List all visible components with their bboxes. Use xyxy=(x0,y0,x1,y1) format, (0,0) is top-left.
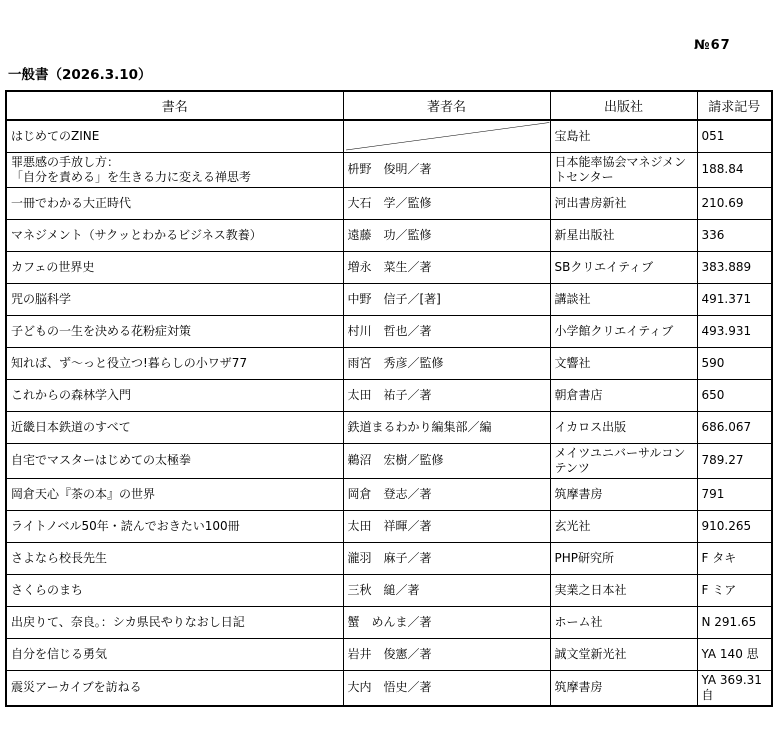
cell-publisher: 朝倉書店 xyxy=(550,379,697,411)
author-text: 雨宮 秀彦／監修 xyxy=(348,356,444,370)
table-row: 一冊でわかる大正時代 大石 学／監修 河出書房新社 210.69 xyxy=(6,187,772,219)
book-list-table: 書名 著者名 出版社 請求記号 はじめてのZINE 宝島社 051 罪悪感の手放… xyxy=(5,90,773,707)
cell-call-number: 383.889 xyxy=(697,251,772,283)
author-text: 鵜沼 宏樹／監修 xyxy=(348,453,444,467)
author-text: 太田 祐子／著 xyxy=(348,388,432,402)
author-text: 大石 学／監修 xyxy=(348,196,432,210)
cell-publisher: メイツユニバーサルコンテンツ xyxy=(550,443,697,478)
document-page: №67 一般書（2026.3.10） 書名 著者名 出版社 請求記号 はじめての… xyxy=(0,0,776,729)
cell-title: これからの森林学入門 xyxy=(6,379,343,411)
cell-author: 蟹 めんま／著 xyxy=(343,606,550,638)
author-text: 岩井 俊憲／著 xyxy=(348,647,432,661)
cell-call-number: 336 xyxy=(697,219,772,251)
cell-author: 太田 祐子／著 xyxy=(343,379,550,411)
cell-author: 大石 学／監修 xyxy=(343,187,550,219)
table-row: これからの森林学入門 太田 祐子／著 朝倉書店 650 xyxy=(6,379,772,411)
cell-title: さくらのまち xyxy=(6,574,343,606)
cell-publisher: ホーム社 xyxy=(550,606,697,638)
cell-author: 岩井 俊憲／著 xyxy=(343,638,550,670)
author-text: 遠藤 功／監修 xyxy=(348,228,432,242)
cell-title: カフェの世界史 xyxy=(6,251,343,283)
table-row: ライトノベル50年・読んでおきたい100冊 太田 祥暉／著 玄光社 910.26… xyxy=(6,510,772,542)
col-header-title: 書名 xyxy=(6,91,343,120)
author-text: 中野 信子／[著] xyxy=(348,292,441,306)
cell-author: 中野 信子／[著] xyxy=(343,283,550,315)
table-header: 書名 著者名 出版社 請求記号 xyxy=(6,91,772,120)
table-row: 子どもの一生を決める花粉症対策 村川 哲也／著 小学館クリエイティブ 493.9… xyxy=(6,315,772,347)
author-text: 増永 菜生／著 xyxy=(348,260,432,274)
cell-call-number: 789.27 xyxy=(697,443,772,478)
cell-title: 岡倉天心『茶の本』の世界 xyxy=(6,478,343,510)
table-row: さよなら校長先生 瀧羽 麻子／著 PHP研究所 F タキ xyxy=(6,542,772,574)
author-text: 太田 祥暉／著 xyxy=(348,519,432,533)
cell-title: ライトノベル50年・読んでおきたい100冊 xyxy=(6,510,343,542)
cell-author xyxy=(343,120,550,152)
table-row: カフェの世界史 増永 菜生／著 SBクリエイティブ 383.889 xyxy=(6,251,772,283)
cell-title: 子どもの一生を決める花粉症対策 xyxy=(6,315,343,347)
doc-number-label: №67 xyxy=(694,38,731,53)
cell-call-number: 188.84 xyxy=(697,152,772,187)
author-text: 蟹 めんま／著 xyxy=(348,615,432,629)
cell-title: 罪悪感の手放し方： 「自分を責める」を生きる力に変える禅思考 xyxy=(6,152,343,187)
cell-author: 鉄道まるわかり編集部／編 xyxy=(343,411,550,443)
cell-title: 出戻りて、奈良。：シカ県民やりなおし日記 xyxy=(6,606,343,638)
table-row: 罪悪感の手放し方： 「自分を責める」を生きる力に変える禅思考 枡野 俊明／著 日… xyxy=(6,152,772,187)
col-header-call-number: 請求記号 xyxy=(697,91,772,120)
cell-publisher: 小学館クリエイティブ xyxy=(550,315,697,347)
cell-publisher: イカロス出版 xyxy=(550,411,697,443)
author-text: 三秋 縋／著 xyxy=(348,583,420,597)
cell-title: 一冊でわかる大正時代 xyxy=(6,187,343,219)
cell-call-number: 051 xyxy=(697,120,772,152)
cell-author: 瀧羽 麻子／著 xyxy=(343,542,550,574)
col-header-author: 著者名 xyxy=(343,91,550,120)
table-row: 近畿日本鉄道のすべて 鉄道まるわかり編集部／編 イカロス出版 686.067 xyxy=(6,411,772,443)
cell-author: 太田 祥暉／著 xyxy=(343,510,550,542)
cell-author: 遠藤 功／監修 xyxy=(343,219,550,251)
table-row: 自分を信じる勇気 岩井 俊憲／著 誠文堂新光社 YA 140 思 xyxy=(6,638,772,670)
table-row: マネジメント（サクッとわかるビジネス教養） 遠藤 功／監修 新星出版社 336 xyxy=(6,219,772,251)
author-text: 岡倉 登志／著 xyxy=(348,487,432,501)
cell-title: 近畿日本鉄道のすべて xyxy=(6,411,343,443)
author-text: 鉄道まるわかり編集部／編 xyxy=(348,420,492,434)
cell-call-number: N 291.65 xyxy=(697,606,772,638)
cell-title: さよなら校長先生 xyxy=(6,542,343,574)
table-row: はじめてのZINE 宝島社 051 xyxy=(6,120,772,152)
cell-publisher: 玄光社 xyxy=(550,510,697,542)
cell-title: 知れば、ず～っと役立つ!暮らしの小ワザ77 xyxy=(6,347,343,379)
cell-call-number: 493.931 xyxy=(697,315,772,347)
author-text: 村川 哲也／著 xyxy=(348,324,432,338)
cell-publisher: 河出書房新社 xyxy=(550,187,697,219)
cell-title: 震災アーカイブを訪ねる xyxy=(6,670,343,706)
cell-author: 鵜沼 宏樹／監修 xyxy=(343,443,550,478)
cell-author: 雨宮 秀彦／監修 xyxy=(343,347,550,379)
cell-author: 増永 菜生／著 xyxy=(343,251,550,283)
table-row: さくらのまち 三秋 縋／著 実業之日本社 F ミア xyxy=(6,574,772,606)
cell-title: 自分を信じる勇気 xyxy=(6,638,343,670)
table-row: 出戻りて、奈良。：シカ県民やりなおし日記 蟹 めんま／著 ホーム社 N 291.… xyxy=(6,606,772,638)
cell-call-number: 650 xyxy=(697,379,772,411)
cell-publisher: SBクリエイティブ xyxy=(550,251,697,283)
cell-publisher: 文響社 xyxy=(550,347,697,379)
cell-publisher: 日本能率協会マネジメントセンター xyxy=(550,152,697,187)
cell-author: 大内 悟史／著 xyxy=(343,670,550,706)
col-header-publisher: 出版社 xyxy=(550,91,697,120)
author-text: 枡野 俊明／著 xyxy=(348,162,432,176)
table-row: 震災アーカイブを訪ねる 大内 悟史／著 筑摩書房 YA 369.31 自 xyxy=(6,670,772,706)
cell-call-number: YA 369.31 自 xyxy=(697,670,772,706)
cell-call-number: 491.371 xyxy=(697,283,772,315)
page-title: 一般書（2026.3.10） xyxy=(8,63,152,83)
cell-publisher: 実業之日本社 xyxy=(550,574,697,606)
cell-title: 咒の脳科学 xyxy=(6,283,343,315)
cell-call-number: F タキ xyxy=(697,542,772,574)
cell-publisher: 筑摩書房 xyxy=(550,670,697,706)
cell-author: 岡倉 登志／著 xyxy=(343,478,550,510)
cell-author: 三秋 縋／著 xyxy=(343,574,550,606)
cell-call-number: YA 140 思 xyxy=(697,638,772,670)
cell-call-number: F ミア xyxy=(697,574,772,606)
cell-title: マネジメント（サクッとわかるビジネス教養） xyxy=(6,219,343,251)
cell-call-number: 910.265 xyxy=(697,510,772,542)
table-row: 咒の脳科学 中野 信子／[著] 講談社 491.371 xyxy=(6,283,772,315)
diagonal-strike-line xyxy=(344,121,550,152)
cell-author: 村川 哲也／著 xyxy=(343,315,550,347)
cell-call-number: 791 xyxy=(697,478,772,510)
header-row: 書名 著者名 出版社 請求記号 xyxy=(6,91,772,120)
author-text: 瀧羽 麻子／著 xyxy=(348,551,432,565)
table-row: 岡倉天心『茶の本』の世界 岡倉 登志／著 筑摩書房 791 xyxy=(6,478,772,510)
cell-call-number: 590 xyxy=(697,347,772,379)
cell-publisher: 新星出版社 xyxy=(550,219,697,251)
cell-publisher: 筑摩書房 xyxy=(550,478,697,510)
author-text: 大内 悟史／著 xyxy=(348,680,432,694)
cell-call-number: 686.067 xyxy=(697,411,772,443)
cell-author: 枡野 俊明／著 xyxy=(343,152,550,187)
cell-publisher: PHP研究所 xyxy=(550,542,697,574)
cell-publisher: 講談社 xyxy=(550,283,697,315)
cell-publisher: 誠文堂新光社 xyxy=(550,638,697,670)
cell-call-number: 210.69 xyxy=(697,187,772,219)
cell-title: はじめてのZINE xyxy=(6,120,343,152)
cell-publisher: 宝島社 xyxy=(550,120,697,152)
table-row: 知れば、ず～っと役立つ!暮らしの小ワザ77 雨宮 秀彦／監修 文響社 590 xyxy=(6,347,772,379)
cell-title: 自宅でマスターはじめての太極拳 xyxy=(6,443,343,478)
book-table-body: はじめてのZINE 宝島社 051 罪悪感の手放し方： 「自分を責める」を生きる… xyxy=(6,120,772,706)
table-row: 自宅でマスターはじめての太極拳 鵜沼 宏樹／監修 メイツユニバーサルコンテンツ … xyxy=(6,443,772,478)
